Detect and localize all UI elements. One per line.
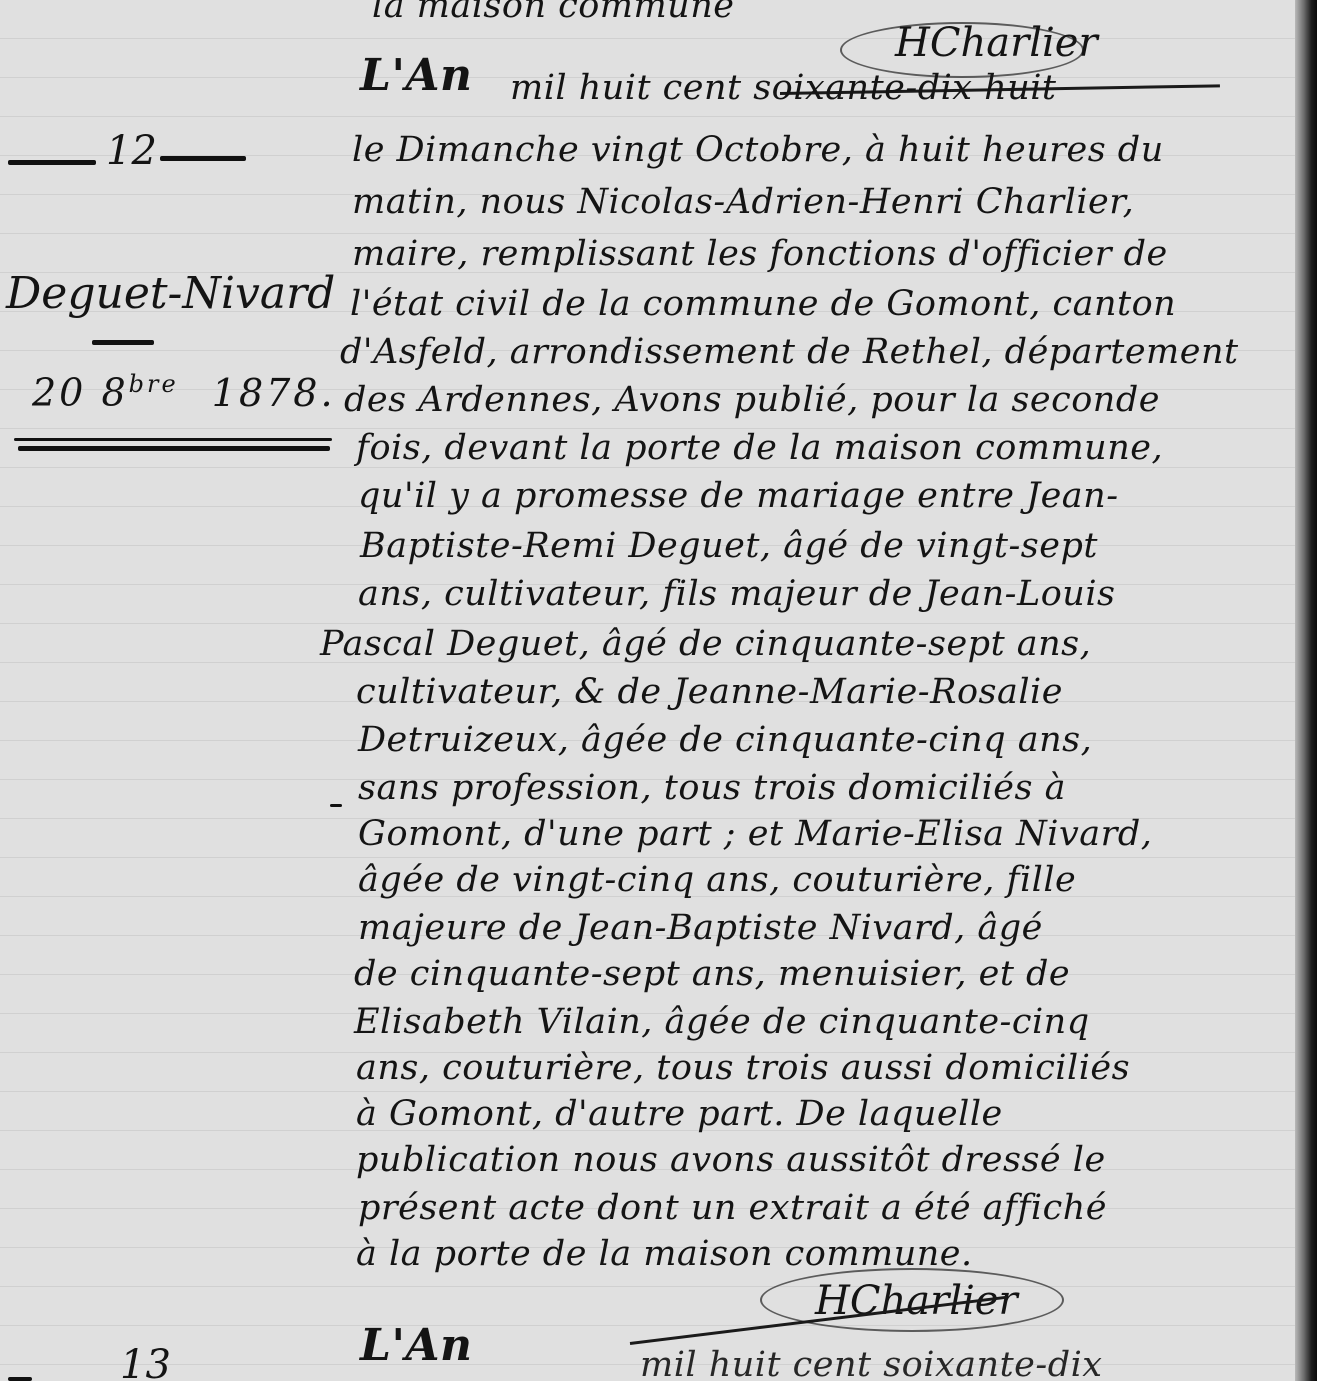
act-date-month-sup: bre [129, 370, 179, 398]
act-line-14: Detruizeux, âgée de cinquante-cinq ans, [358, 720, 1092, 760]
act-number: 12 [106, 128, 157, 174]
register-page: la maison commune HCharlier 12 Deguet-Ni… [0, 0, 1295, 1381]
act-line-23: publication nous avons aussitôt dressé l… [356, 1140, 1106, 1180]
act-line-13: cultivateur, & de Jeanne-Marie-Rosalie [356, 672, 1063, 712]
act-line-15: sans profession, tous trois domiciliés à [358, 768, 1066, 808]
date-double-rule-top [14, 438, 332, 441]
act-line-3: matin, nous Nicolas-Adrien-Henri Charlie… [352, 182, 1134, 222]
act-line-5: l'état civil de la commune de Gomont, ca… [350, 284, 1176, 324]
act-line-18: majeure de Jean-Baptiste Nivard, âgé [358, 908, 1043, 948]
act-date-day: 20 [32, 371, 86, 415]
act-line-1: mil huit cent soixante-dix huit [510, 68, 1057, 108]
act-line-10: Baptiste-Remi Deguet, âgé de vingt-sept [360, 526, 1098, 566]
act-date-month: 8 [101, 371, 128, 415]
margin-column: 12 Deguet-Nivard 20 8bre 1878. 13 [0, 0, 340, 1381]
act-line-6: d'Asfeld, arrondissement de Rethel, dépa… [340, 332, 1239, 372]
act-line-16: Gomont, d'une part ; et Marie-Elisa Niva… [358, 814, 1152, 854]
act-line-20: Elisabeth Vilain, âgée de cinquante-cinq [354, 1002, 1090, 1042]
act-line-7: des Ardennes, Avons publié, pour la seco… [344, 380, 1160, 420]
act-opening: L'An [360, 50, 473, 101]
act-line-8: fois, devant la porte de la maison commu… [356, 428, 1163, 468]
next-act-rule [8, 1377, 32, 1381]
previous-act-tail: la maison commune [372, 0, 734, 26]
act-line-24: présent acte dont un extrait a été affic… [358, 1188, 1107, 1228]
date-double-rule-bottom [18, 446, 330, 451]
act-number-rule-right [160, 156, 246, 161]
next-act-opening: L'An [360, 1320, 473, 1371]
act-line-2: le Dimanche vingt Octobre, à huit heures… [352, 130, 1164, 170]
book-spine-shadow [1295, 0, 1317, 1381]
margin-dash [330, 804, 342, 807]
next-act-number: 13 [120, 1342, 171, 1381]
act-line-11: ans, cultivateur, fils majeur de Jean-Lo… [358, 574, 1116, 614]
act-line-21: ans, couturière, tous trois aussi domici… [356, 1048, 1130, 1088]
act-line-4: maire, remplissant les fonctions d'offic… [352, 234, 1168, 274]
act-line-17: âgée de vingt-cinq ans, couturière, fill… [358, 860, 1076, 900]
act-line-22: à Gomont, d'autre part. De laquelle [356, 1094, 1003, 1134]
names-underline [92, 340, 154, 345]
act-number-rule-left [8, 160, 96, 165]
act-date: 20 8bre 1878. [32, 370, 336, 415]
previous-act-signature: HCharlier [895, 20, 1098, 66]
next-act-partial-line: mil huit cent soixante-dix [640, 1345, 1103, 1381]
act-names: Deguet-Nivard [6, 268, 335, 319]
act-line-19: de cinquante-sept ans, menuisier, et de [354, 954, 1070, 994]
act-line-9: qu'il y a promesse de mariage entre Jean… [358, 476, 1119, 516]
act-date-year: 1878. [212, 371, 336, 415]
act-line-12: Pascal Deguet, âgé de cinquante-sept ans… [320, 624, 1091, 664]
